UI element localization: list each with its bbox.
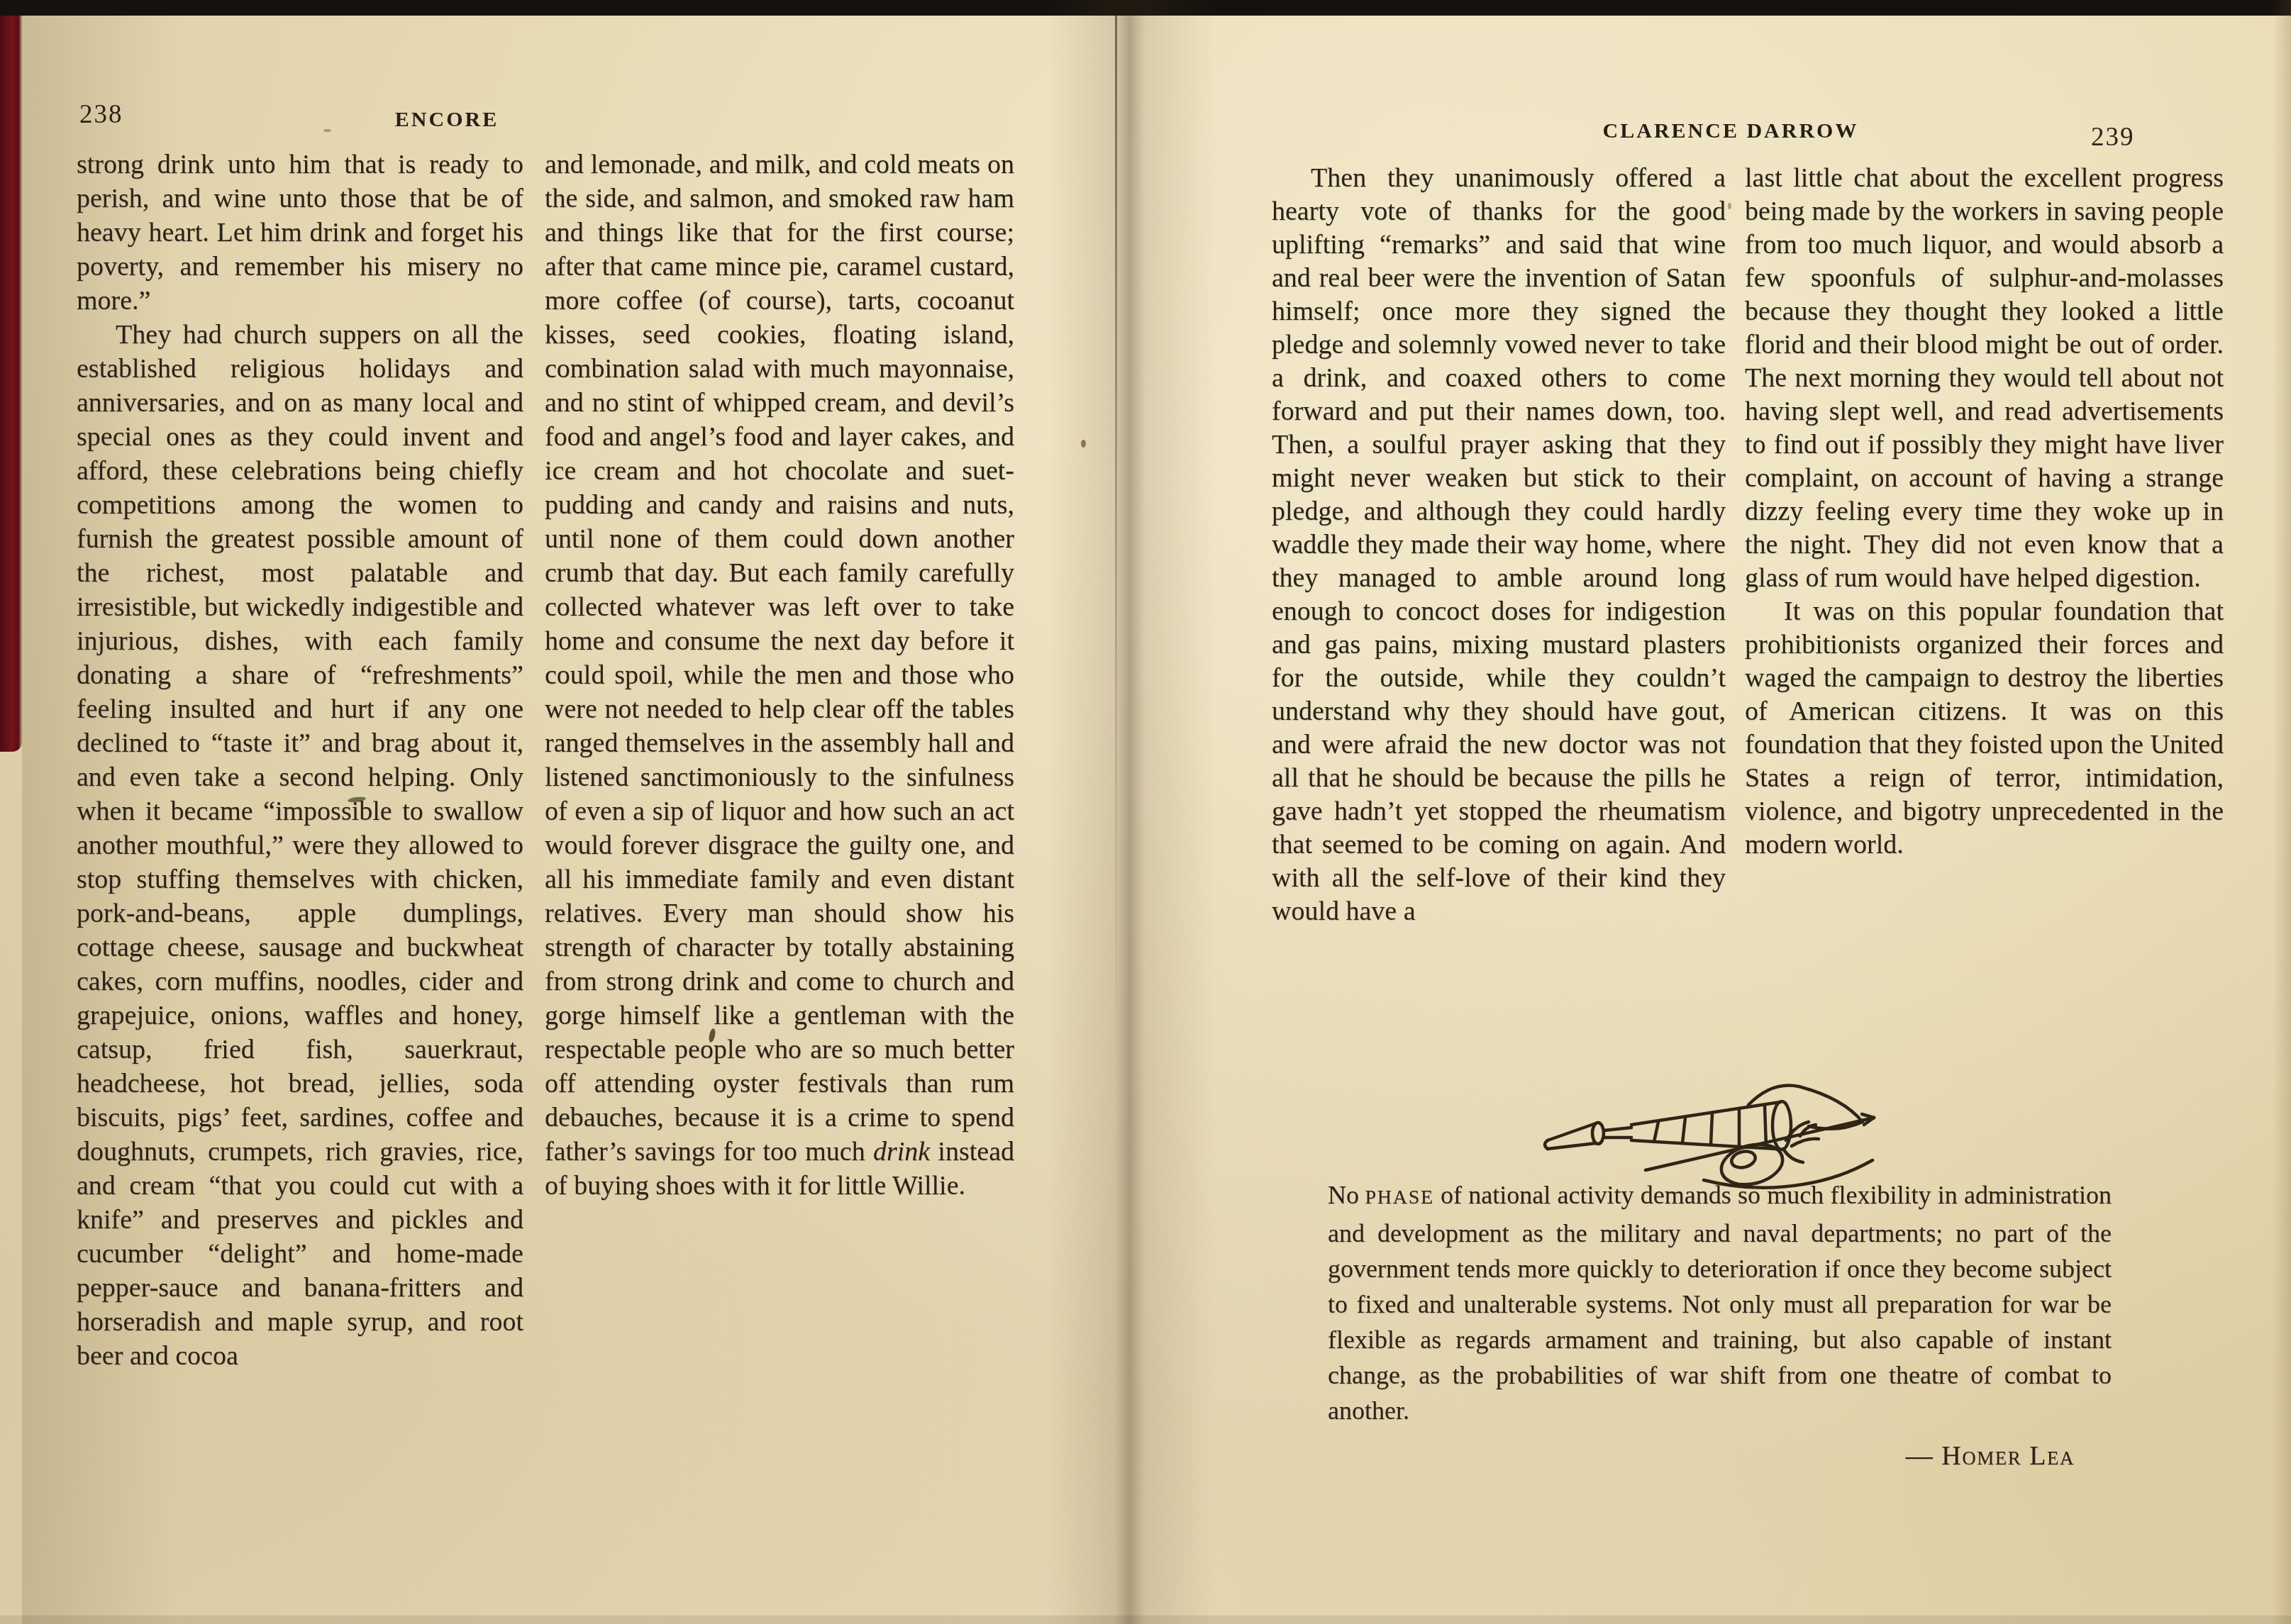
epigraph-quote: NoPHASE of national activity demands so … [1328,1177,2112,1474]
left-page-column-1: strong drink unto him that is ready to p… [77,148,523,1559]
left-page-column-2: and lemonade, and milk, and cold meats o… [545,148,1014,1559]
paper-fleck [1081,440,1086,447]
body-text: They had church suppers on all the estab… [77,318,523,1373]
body-text-segment: and lemonade, and milk, and cold meats o… [545,150,1014,1167]
body-text: strong drink unto him that is ready to p… [77,148,523,318]
gutter-crease-line [1115,0,1117,1064]
quote-opening-smallcaps: PHASE [1365,1186,1433,1208]
page-gutter-shadow [1046,0,1216,1624]
italic-word: drink [873,1137,930,1167]
running-header-right: CLARENCE DARROW [1532,119,1929,143]
quote-body: of national activity demands so much fle… [1328,1181,2112,1425]
book-cover-edge [0,16,22,752]
right-page-column-2: last little chat about the excellent pro… [1745,162,2224,1080]
body-text: and lemonade, and milk, and cold meats o… [545,148,1014,1203]
quote-text: NoPHASE of national activity demands so … [1328,1177,2112,1428]
right-page-column-1: Then they unanimously offered a hearty v… [1272,162,1726,1080]
page-number-left: 238 [79,99,123,130]
page-number-right: 239 [2091,122,2135,152]
paper-fleck [323,129,331,132]
bottom-edge-shading [0,1615,2291,1624]
paper-fleck [1728,203,1731,209]
book-spread-scan: 238 ENCORE strong drink unto him that is… [0,0,2291,1624]
running-header-left: ENCORE [298,108,596,132]
quote-attribution: — Homer Lea [1328,1438,2112,1474]
body-text: last little chat about the excellent pro… [1745,162,2224,595]
right-page-edge-shading [2273,0,2291,1624]
body-text: It was on this popular foundation that p… [1745,595,2224,862]
body-text: Then they unanimously offered a hearty v… [1272,162,1726,928]
quote-opening-word: No [1328,1181,1359,1209]
